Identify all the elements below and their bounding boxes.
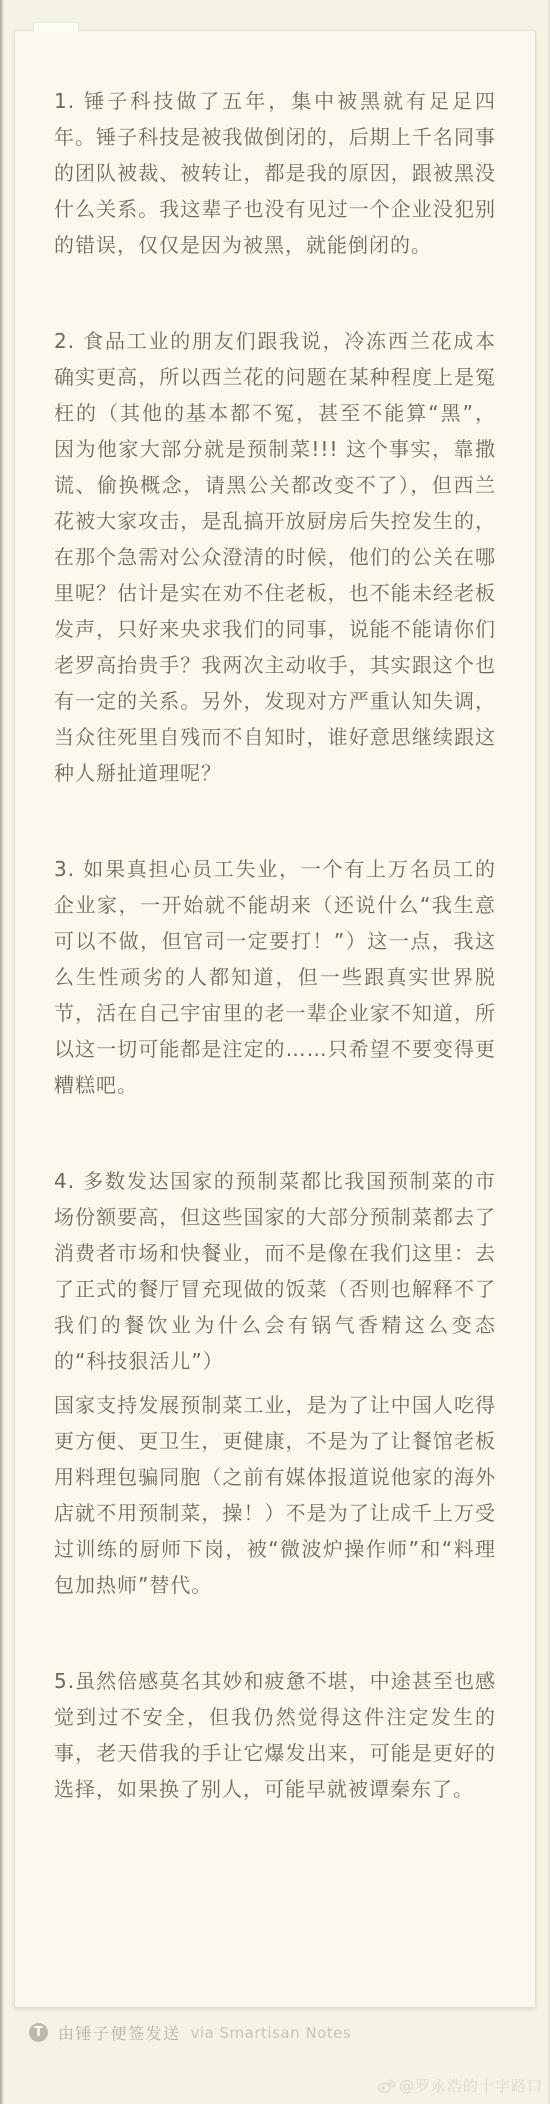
card-fold-decoration <box>33 22 79 32</box>
weibo-watermark-text: @罗永浩的十字路口 <box>399 2075 543 2096</box>
note-paragraph-4b: 国家支持发展预制菜工业，是为了让中国人吃得更方便、更卫生，更健康，不是为了让餐馆… <box>54 1387 496 1603</box>
smartisan-notes-logo-icon: T <box>29 2023 48 2042</box>
page-left-edge-shadow <box>0 0 4 2104</box>
smartisan-logo-letter: T <box>34 2025 43 2040</box>
sent-via-label-en: via Smartisan Notes <box>191 2024 352 2042</box>
note-paragraph-3: 3. 如果真担心员工失业，一个有上万名员工的企业家，一开始就不能胡来（还说什么“… <box>54 851 496 1103</box>
weibo-watermark: @罗永浩的十字路口 <box>377 2075 543 2096</box>
note-card: 1. 锤子科技做了五年，集中被黑就有足足四年。锤子科技是被我做倒闭的，后期上千名… <box>14 30 536 2008</box>
note-paragraph-2: 2. 食品工业的朋友们跟我说，冷冻西兰花成本确实更高，所以西兰花的问题在某种程度… <box>54 323 496 791</box>
note-paragraph-4: 4. 多数发达国家的预制菜都比我国预制菜的市场份额要高，但这些国家的大部分预制菜… <box>54 1163 496 1379</box>
note-footer: T 由锤子便签发送 via Smartisan Notes <box>29 2021 550 2044</box>
note-paragraph-1: 1. 锤子科技做了五年，集中被黑就有足足四年。锤子科技是被我做倒闭的，后期上千名… <box>54 83 496 263</box>
note-paragraph-5: 5.虽然倍感莫名其妙和疲惫不堪，中途甚至也感觉到过不安全，但我仍然觉得这件注定发… <box>54 1663 496 1807</box>
weibo-icon <box>377 2076 396 2095</box>
sent-via-label-cn: 由锤子便签发送 <box>58 2021 181 2044</box>
